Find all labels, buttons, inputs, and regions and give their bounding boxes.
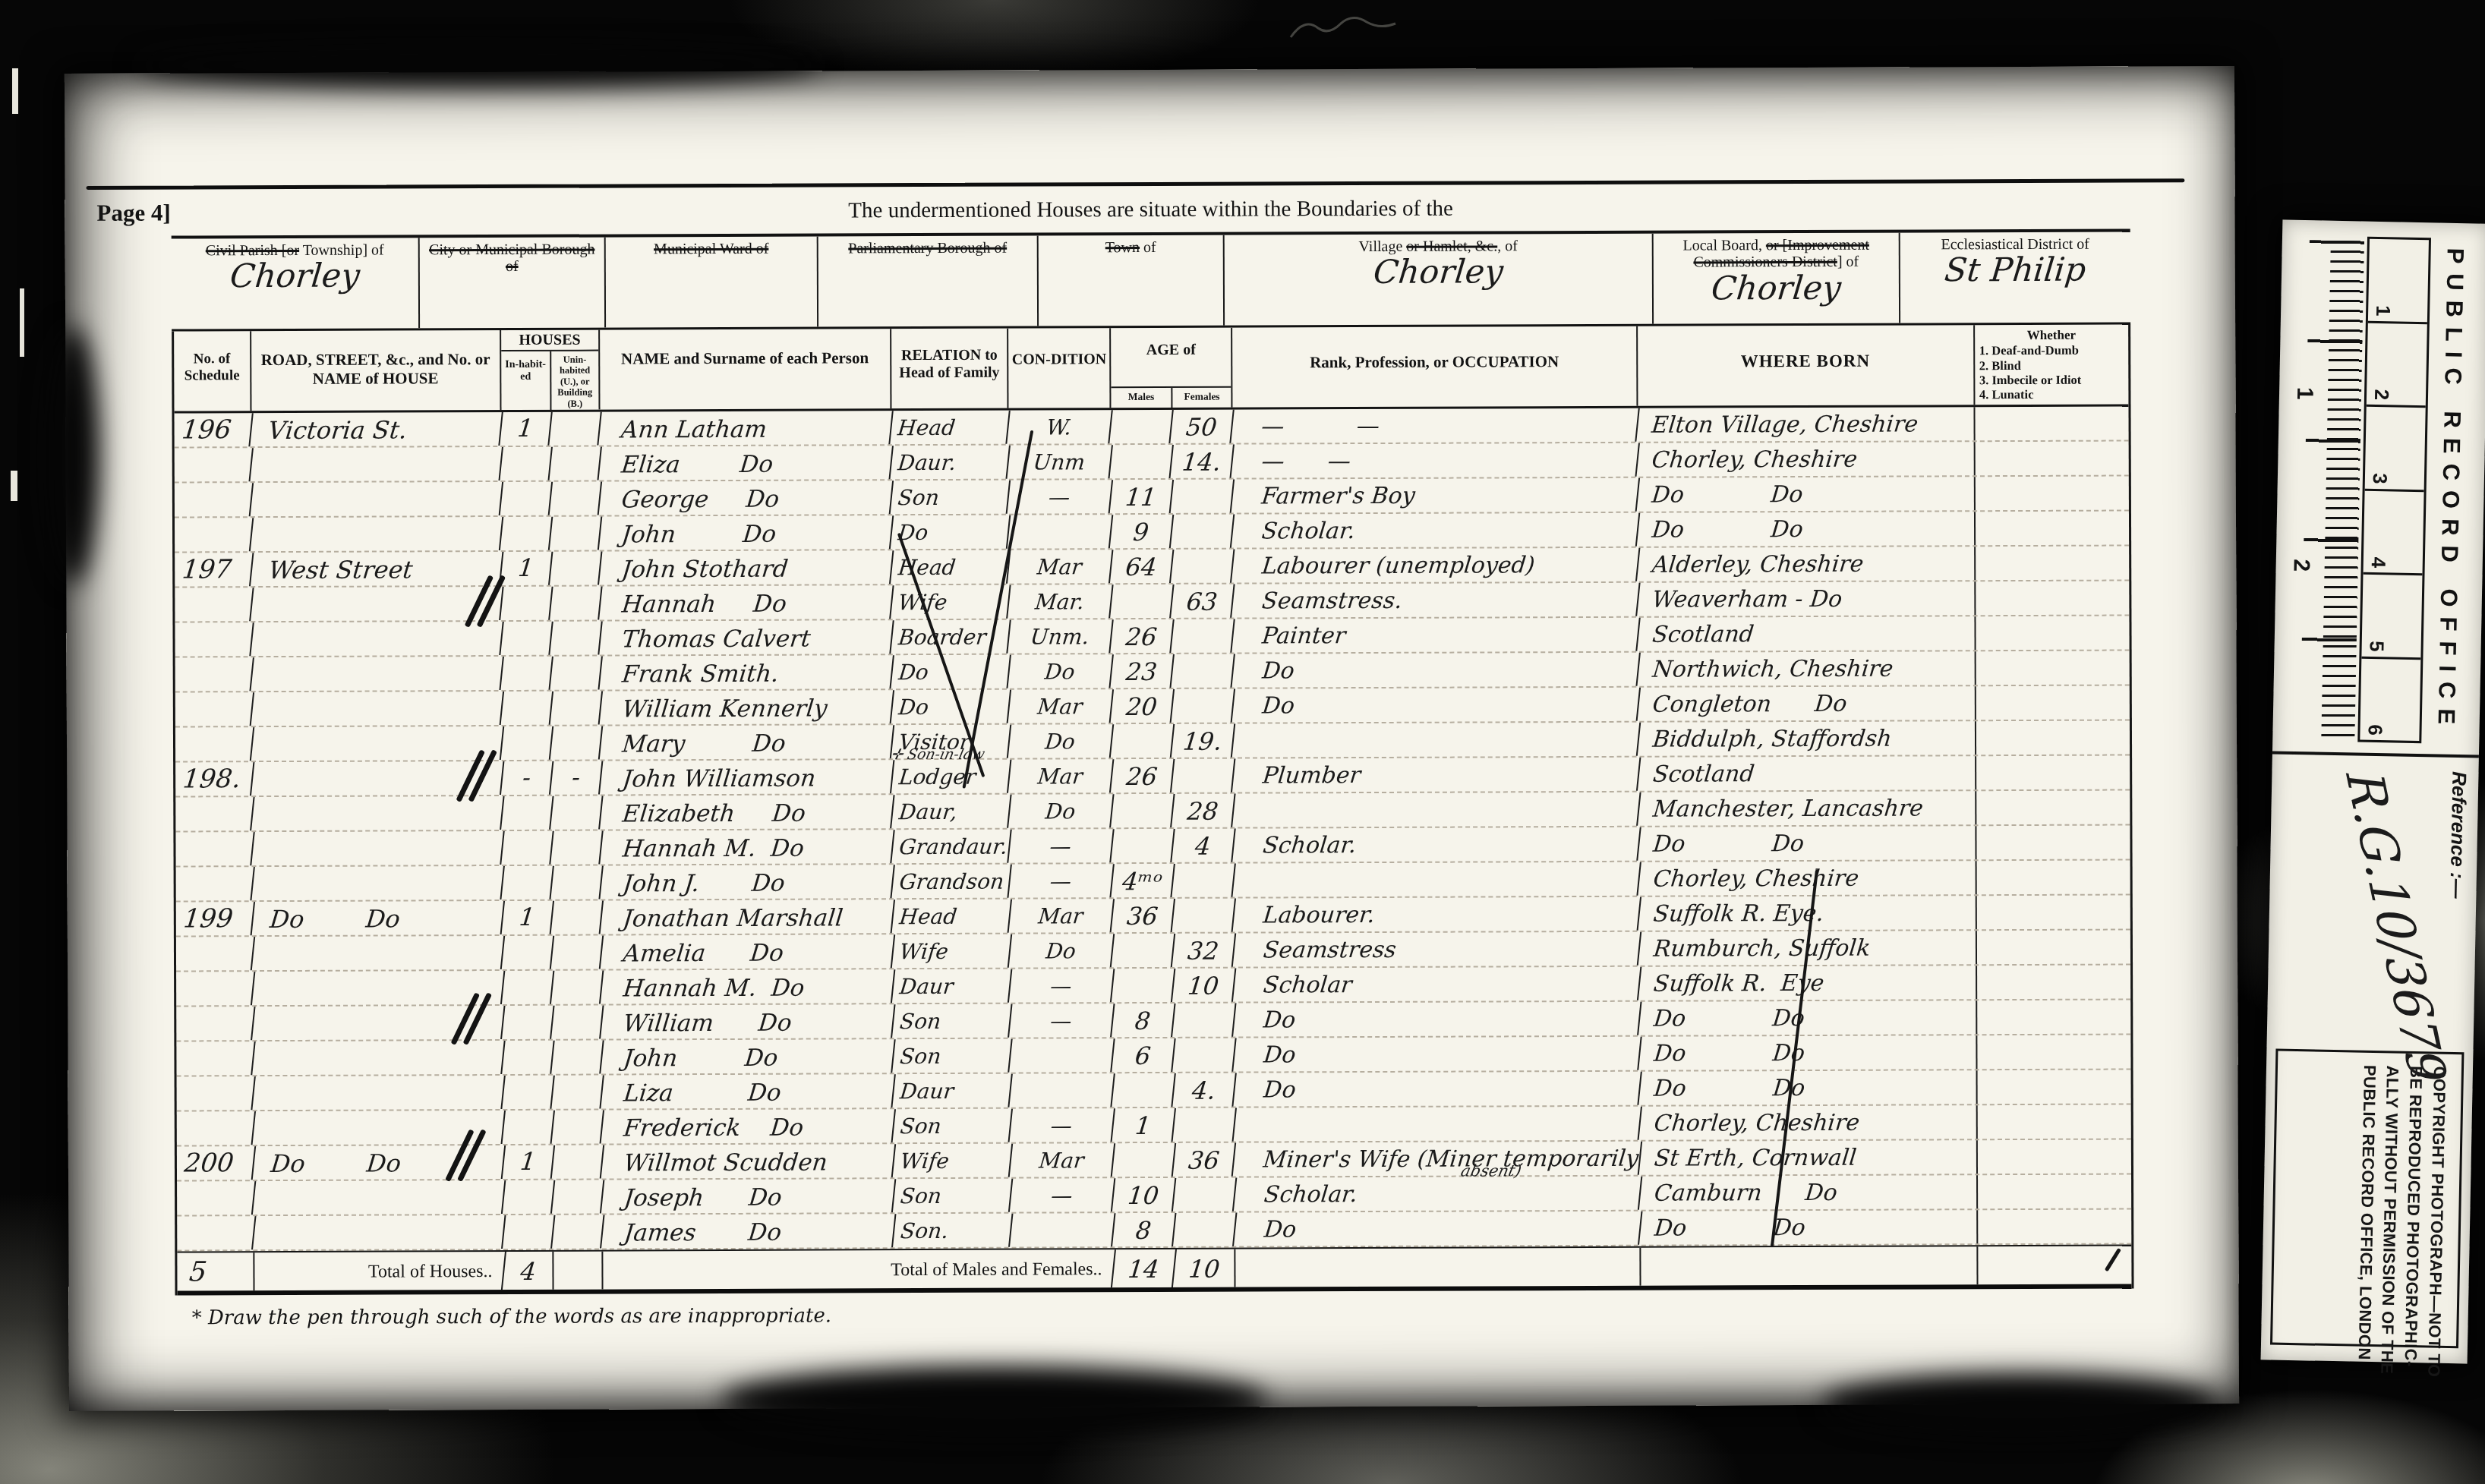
cell-relation: Son bbox=[888, 480, 1009, 515]
cell-condition: — bbox=[1008, 1004, 1114, 1037]
cell-age_f bbox=[1171, 1038, 1235, 1072]
cell-uninhabited bbox=[550, 1145, 602, 1179]
cell-infirm bbox=[1974, 721, 2130, 755]
cell-condition: Mar bbox=[1008, 1143, 1114, 1177]
cell-name: Willmot Scudden bbox=[599, 1144, 894, 1178]
cell-age_m: 26 bbox=[1108, 619, 1172, 653]
header-road: ROAD, STREET, &c., and No. or NAME of HO… bbox=[250, 330, 500, 411]
cell-name: John Williamson bbox=[598, 760, 894, 794]
copyright-line: COPYRIGHT PHOTOGRAPH—NOT TO bbox=[2423, 1066, 2452, 1334]
cell-age_f bbox=[1172, 1213, 1235, 1246]
cell-schedule bbox=[175, 1076, 254, 1110]
inch-mark: 1 bbox=[2291, 387, 2317, 400]
cell-name: John J. Do bbox=[598, 865, 894, 899]
cell-occupation: Labourer. bbox=[1231, 897, 1639, 932]
cell-age_m: 6 bbox=[1110, 1038, 1174, 1072]
cell-schedule: 200 bbox=[175, 1146, 254, 1180]
infirmity-line: 2. Blind bbox=[1979, 358, 2124, 373]
cell-occupation bbox=[1231, 1107, 1640, 1142]
cell-age_f: 63 bbox=[1169, 584, 1233, 618]
reference-value: R.G.10/3679 bbox=[2334, 770, 2446, 1027]
cell-age_f bbox=[1169, 515, 1233, 548]
cell-infirm bbox=[1976, 966, 2131, 1000]
cell-age_m bbox=[1111, 1073, 1175, 1107]
cell-occupation: — — bbox=[1229, 443, 1638, 478]
cell-occupation: Do bbox=[1231, 1037, 1640, 1072]
totals-row: 5 Total of Houses.. 4 Total of Males and… bbox=[177, 1245, 2131, 1296]
film-scratch bbox=[20, 288, 24, 357]
cell-age_m: 4ᵐᵒ bbox=[1110, 864, 1174, 897]
cell-born: Chorley, Cheshire bbox=[1637, 1105, 1977, 1140]
cell-uninhabited bbox=[550, 1006, 602, 1039]
person-row: James DoSon.8DoDo Do bbox=[177, 1210, 2131, 1252]
cell-age_f bbox=[1171, 899, 1235, 932]
cell-relation: Grandson bbox=[890, 865, 1011, 899]
page-number: Page 4] bbox=[97, 200, 171, 227]
cell-inhabited bbox=[500, 866, 552, 900]
cell-born: Suffolk R. Eye. bbox=[1636, 896, 1976, 931]
cell-uninhabited bbox=[550, 1180, 603, 1214]
cell-age_f: 10 bbox=[1171, 969, 1235, 1002]
cell-occupation bbox=[1231, 723, 1639, 758]
cell-relation: Lodger✛ Son-in-law bbox=[890, 760, 1011, 794]
cell-infirm bbox=[1974, 651, 2130, 685]
cell-born: Suffolk R. Eye bbox=[1636, 966, 1976, 1000]
cell-name: William Kennerly bbox=[598, 690, 893, 724]
header-name: NAME and Surname of each Person bbox=[598, 329, 890, 409]
cell-born: Congleton Do bbox=[1635, 686, 1976, 721]
boundary-value: Chorley bbox=[1657, 272, 1896, 305]
cell-inhabited: 1 bbox=[501, 1145, 553, 1179]
cell-condition bbox=[1009, 1213, 1115, 1246]
cell-relation: Son bbox=[891, 1004, 1011, 1038]
cell-schedule bbox=[173, 657, 252, 691]
cell-born: Do Do bbox=[1637, 1035, 1977, 1070]
cell-occupation: Farmer's Boy bbox=[1229, 478, 1638, 513]
cell-name: Frederick Do bbox=[599, 1109, 894, 1143]
header-females: Females bbox=[1171, 388, 1231, 408]
cell-born: Do Do bbox=[1636, 826, 1976, 861]
table-body: 196Victoria St.1Ann LathamHeadW.50— —Elt… bbox=[174, 407, 2131, 1252]
cell-condition: Mar. bbox=[1007, 584, 1112, 618]
cell-occupation: Do bbox=[1231, 1002, 1640, 1037]
cell-occupation: Do bbox=[1230, 653, 1638, 688]
cell-condition: — bbox=[1008, 1108, 1114, 1142]
cell-condition bbox=[1006, 515, 1112, 548]
cell-age_f bbox=[1170, 864, 1234, 897]
cell-road bbox=[248, 482, 502, 516]
cell-uninhabited bbox=[549, 901, 601, 934]
cell-schedule bbox=[174, 727, 253, 761]
boundary-cell: Town of bbox=[1037, 235, 1223, 326]
cell-age_m bbox=[1110, 934, 1174, 967]
cell-occupation: Scholar. bbox=[1230, 513, 1638, 548]
cell-born: Elton Village, Cheshire bbox=[1635, 407, 1975, 442]
header-inhabited: In-habit-ed bbox=[501, 351, 550, 412]
boundary-label: Local Board, or [Improvement Commissione… bbox=[1658, 237, 1894, 272]
cell-age_f bbox=[1169, 619, 1233, 653]
cell-inhabited bbox=[499, 517, 551, 550]
cell-born: Northwich, Cheshire bbox=[1635, 651, 1976, 686]
cell-relation: Son bbox=[891, 1109, 1011, 1143]
scale-cell: 3 bbox=[2365, 405, 2426, 490]
cell-age_m bbox=[1109, 724, 1173, 758]
cell-road: Do Do bbox=[250, 901, 503, 935]
cell-age_m: 64 bbox=[1108, 550, 1172, 583]
total-occ-empty bbox=[1234, 1248, 1639, 1287]
cell-age_f bbox=[1169, 550, 1233, 583]
cell-inhabited bbox=[500, 936, 553, 969]
cell-inhabited bbox=[499, 587, 551, 620]
cell-age_m bbox=[1108, 584, 1172, 618]
cell-born: Biddulph, Staffordsh bbox=[1635, 721, 1976, 756]
header-houses-group: HOUSES In-habit-ed Unin-habited (U.), or… bbox=[500, 330, 598, 410]
cell-occupation: Labourer (unemployed) bbox=[1230, 548, 1638, 583]
cell-age_m bbox=[1109, 829, 1173, 862]
boundary-value bbox=[823, 258, 1033, 259]
cell-age_m: 1 bbox=[1111, 1108, 1175, 1142]
cell-infirm bbox=[1976, 1105, 2131, 1139]
photo-smudge bbox=[1822, 1374, 2217, 1435]
pro-scale-section: PUBLIC RECORD OFFICE 1 2 3 4 5 6 1 2 bbox=[2272, 220, 2485, 755]
cell-born: Alderley, Cheshire bbox=[1635, 547, 1976, 581]
cell-inhabited bbox=[500, 796, 552, 830]
cell-schedule bbox=[175, 1111, 254, 1145]
cell-occupation: — — bbox=[1229, 408, 1638, 443]
cell-road bbox=[249, 517, 503, 551]
cell-road bbox=[251, 1076, 504, 1110]
cell-condition: — bbox=[1008, 969, 1113, 1002]
total-houses-value: 4 bbox=[501, 1252, 554, 1290]
cell-infirm bbox=[1975, 826, 2130, 860]
cell-born: Do Do bbox=[1635, 477, 1975, 512]
cell-occupation bbox=[1231, 792, 1639, 827]
cell-condition: Mar bbox=[1007, 759, 1112, 792]
boundary-value: Chorley bbox=[1228, 256, 1649, 290]
cell-uninhabited bbox=[548, 622, 601, 655]
cell-schedule bbox=[174, 832, 253, 865]
cell-infirm bbox=[1976, 1140, 2131, 1174]
infirmity-line: 4. Lunatic bbox=[1979, 387, 2124, 402]
cell-road: Victoria St. bbox=[248, 412, 502, 446]
header-occupation: Rank, Profession, or OCCUPATION bbox=[1231, 326, 1636, 408]
cell-relation: Head bbox=[890, 900, 1011, 934]
photo-smudge bbox=[46, 326, 99, 584]
cell-condition: Do bbox=[1008, 794, 1113, 827]
cell-age_f: 32 bbox=[1171, 934, 1235, 967]
cell-relation: Do bbox=[889, 690, 1010, 724]
cell-uninhabited bbox=[550, 1076, 602, 1109]
cell-born: Chorley, Cheshire bbox=[1635, 442, 1975, 477]
cell-uninhabited bbox=[548, 552, 601, 585]
top-rule bbox=[86, 178, 2184, 190]
cell-age_m: 8 bbox=[1111, 1213, 1175, 1246]
pencil-scribble bbox=[1283, 11, 1405, 49]
cell-infirm bbox=[1976, 1175, 2132, 1209]
photo-smudge bbox=[137, 46, 820, 85]
cell-age_f bbox=[1169, 654, 1233, 688]
cell-name: Joseph Do bbox=[600, 1179, 895, 1213]
cell-road bbox=[249, 622, 503, 656]
pen-hash-mark bbox=[457, 1127, 487, 1183]
cell-inhabited bbox=[500, 831, 552, 865]
cell-age_m: 8 bbox=[1110, 1004, 1174, 1037]
header-houses: HOUSES bbox=[501, 330, 598, 351]
cell-name: Hannah Do bbox=[598, 585, 893, 619]
cell-uninhabited bbox=[550, 1111, 602, 1144]
cell-infirm bbox=[1976, 1000, 2131, 1035]
boundary-cell: Civil Parish [or Township] ofChorley bbox=[172, 238, 418, 329]
header-schedule: No. of Schedule bbox=[174, 331, 250, 411]
cell-uninhabited bbox=[550, 936, 602, 969]
cell-schedule: 199 bbox=[175, 902, 254, 935]
cell-condition: Mar bbox=[1006, 550, 1112, 583]
cell-inhabited: 1 bbox=[499, 552, 551, 585]
cell-age_f bbox=[1172, 1178, 1235, 1211]
cell-occupation: Scholar. bbox=[1231, 827, 1639, 862]
cell-relation: Head bbox=[888, 411, 1009, 445]
cell-infirm bbox=[1974, 581, 2130, 616]
cell-condition: — bbox=[1008, 1178, 1114, 1211]
boundary-cell: Local Board, or [Improvement Commissione… bbox=[1652, 233, 1899, 324]
cell-age_m: 26 bbox=[1109, 759, 1173, 792]
header-males: Males bbox=[1111, 388, 1171, 408]
cell-occupation: Scholar. bbox=[1232, 1177, 1641, 1211]
cell-schedule: 196 bbox=[172, 413, 251, 446]
cell-age_f: 4. bbox=[1171, 1073, 1235, 1107]
cell-schedule bbox=[175, 1216, 254, 1249]
cell-name: John Stothard bbox=[598, 550, 893, 584]
total-born-empty bbox=[1639, 1246, 1976, 1286]
cell-name: George Do bbox=[597, 480, 892, 515]
cell-relation: Daur bbox=[891, 969, 1011, 1004]
header-age: AGE of bbox=[1111, 328, 1231, 387]
cell-inhabited bbox=[500, 1006, 553, 1039]
cell-condition: Mar bbox=[1008, 899, 1113, 932]
footnote: * Draw the pen through such of the words… bbox=[192, 1304, 831, 1329]
cell-inhabited bbox=[499, 657, 551, 690]
cell-relation: Do bbox=[889, 515, 1010, 550]
cell-born: Scotland bbox=[1635, 756, 1976, 791]
cell-age_m bbox=[1110, 969, 1174, 1002]
cell-born: Do Do bbox=[1635, 512, 1975, 547]
cell-uninhabited bbox=[549, 866, 601, 900]
cell-infirm bbox=[1976, 1070, 2131, 1104]
cell-inhabited: - bbox=[500, 761, 552, 795]
cell-age_f: 4 bbox=[1170, 829, 1234, 862]
cell-age_f bbox=[1172, 1108, 1235, 1142]
cell-condition bbox=[1008, 1038, 1114, 1072]
cell-schedule bbox=[173, 622, 252, 656]
cell-name: Hannah M. Do bbox=[598, 830, 894, 864]
cell-relation: Son bbox=[891, 1179, 1012, 1213]
cell-schedule: 198. bbox=[174, 762, 253, 796]
cell-name: James Do bbox=[600, 1214, 895, 1248]
cell-relation: Son. bbox=[891, 1214, 1012, 1248]
boundary-cell: Parliamentary Borough of bbox=[817, 236, 1037, 327]
cell-schedule bbox=[174, 692, 253, 726]
pen-hash-mark bbox=[476, 573, 506, 629]
cell-born: St Erth, Cornwall bbox=[1637, 1140, 1977, 1175]
cell-uninhabited bbox=[549, 831, 601, 865]
cell-condition: — bbox=[1008, 829, 1113, 862]
cell-schedule: 197 bbox=[173, 553, 252, 586]
cell-name: Hannah M. Do bbox=[599, 969, 894, 1004]
cell-name: Amelia Do bbox=[598, 934, 894, 969]
cell-born: Do Do bbox=[1637, 1000, 1977, 1035]
boundary-value bbox=[610, 259, 812, 260]
cell-schedule bbox=[173, 518, 252, 551]
cell-inhabited bbox=[500, 971, 553, 1004]
cell-infirm bbox=[1976, 1035, 2131, 1070]
cell-schedule bbox=[174, 867, 253, 900]
pro-reference-strip: PUBLIC RECORD OFFICE 1 2 3 4 5 6 1 2 Ref… bbox=[2261, 220, 2485, 1364]
scale-ruler-boxes: 1 2 3 4 5 6 bbox=[2357, 237, 2431, 743]
cell-age_f bbox=[1171, 1004, 1235, 1037]
cell-schedule bbox=[173, 588, 252, 621]
cell-born: Weaverham - Do bbox=[1635, 581, 1976, 616]
cell-occupation: Plumber bbox=[1231, 758, 1639, 792]
cell-occupation: Scholar bbox=[1231, 967, 1640, 1002]
pro-title: PUBLIC RECORD OFFICE bbox=[2421, 238, 2480, 744]
pen-hash-mark bbox=[468, 748, 498, 804]
total-houses-label: Total of Houses.. bbox=[253, 1252, 503, 1290]
cell-infirm bbox=[1973, 477, 2129, 511]
cell-schedule bbox=[175, 1007, 254, 1040]
cell-age_f: 14. bbox=[1168, 445, 1232, 478]
cell-road bbox=[248, 447, 502, 481]
cell-age_m: 10 bbox=[1111, 1178, 1175, 1211]
cell-inhabited bbox=[501, 1180, 553, 1214]
cell-name: Eliza Do bbox=[597, 446, 892, 480]
cell-born: Scotland bbox=[1635, 616, 1976, 651]
page-heading: The undermentioned Houses are situate wi… bbox=[172, 194, 2130, 225]
cell-inhabited bbox=[501, 1215, 553, 1249]
infirmity-line: 1. Deaf-and-Dumb bbox=[1979, 343, 2124, 358]
cell-condition: W. bbox=[1006, 410, 1112, 443]
cell-uninhabited bbox=[548, 657, 601, 690]
cell-name: Thomas Calvert bbox=[598, 620, 893, 654]
cell-infirm bbox=[1975, 861, 2130, 895]
cell-relation: Daur bbox=[891, 1074, 1011, 1108]
boundary-cell: Ecclesiastical District ofSt Philip bbox=[1899, 232, 2130, 323]
cell-name: Mary Do bbox=[598, 725, 893, 759]
boundary-cell: City or Municipal Borough of bbox=[418, 238, 604, 329]
cell-name: Frank Smith. bbox=[598, 655, 893, 689]
cell-age_f: 36 bbox=[1171, 1143, 1235, 1177]
cell-uninhabited bbox=[548, 482, 601, 515]
header-age-group: AGE of Males Females bbox=[1109, 328, 1231, 408]
table-header-row: No. of Schedule ROAD, STREET, &c., and N… bbox=[174, 325, 2128, 414]
scale-cell: 5 bbox=[2361, 572, 2422, 657]
scale-ruler-ticks: 1 2 bbox=[2285, 235, 2364, 742]
cell-age_f bbox=[1169, 480, 1233, 513]
cell-relation: Wife bbox=[891, 934, 1011, 969]
cell-occupation: Miner's Wife (Miner temporarilyabsent) bbox=[1231, 1142, 1641, 1177]
cell-infirm bbox=[1973, 407, 2129, 441]
total-schedules: 5 bbox=[175, 1252, 255, 1290]
cell-born: Do Do bbox=[1637, 1070, 1977, 1105]
cell-age_m bbox=[1110, 1143, 1174, 1177]
cell-age_f bbox=[1170, 689, 1234, 723]
cell-age_m bbox=[1109, 794, 1173, 827]
cell-age_f bbox=[1170, 759, 1234, 792]
cell-occupation: Seamstress. bbox=[1230, 583, 1638, 618]
film-scratch bbox=[11, 471, 17, 501]
cell-inhabited bbox=[500, 726, 552, 760]
cell-uninhabited bbox=[547, 447, 600, 480]
pro-reference-section: Reference :— R.G.10/3679 bbox=[2267, 751, 2479, 1043]
cell-condition: Do bbox=[1007, 654, 1112, 688]
cell-inhabited: 1 bbox=[500, 901, 553, 934]
boundary-value bbox=[1043, 257, 1219, 258]
cell-road bbox=[251, 1215, 505, 1249]
cell-born: Do Do bbox=[1638, 1210, 1978, 1245]
boundary-label: City or Municipal Borough of bbox=[424, 241, 600, 276]
cell-name: Ann Latham bbox=[597, 411, 892, 445]
cell-condition: — bbox=[1008, 864, 1113, 897]
boundaries-band: Civil Parish [or Township] ofChorleyCity… bbox=[172, 228, 2130, 331]
boundary-label: Municipal Ward of bbox=[610, 241, 812, 258]
cell-uninhabited bbox=[548, 692, 601, 725]
cell-inhabited bbox=[500, 1076, 553, 1109]
header-relation: RELATION to Head of Family bbox=[890, 329, 1008, 409]
infirmity-line: 3. Imbecile or Idiot bbox=[1979, 373, 2124, 388]
cell-age_m: 20 bbox=[1109, 689, 1173, 723]
cell-inhabited bbox=[500, 692, 552, 725]
cell-born: Camburn Do bbox=[1637, 1175, 1977, 1210]
cell-name: Liza Do bbox=[599, 1074, 894, 1108]
total-males: 14 bbox=[1111, 1249, 1175, 1287]
cell-name: John Do bbox=[599, 1039, 894, 1073]
cell-schedule bbox=[175, 937, 254, 970]
film-scratch bbox=[12, 68, 18, 114]
cell-infirm bbox=[1975, 756, 2130, 790]
cell-occupation: Do bbox=[1231, 1072, 1640, 1107]
cell-age_f: 19. bbox=[1170, 724, 1234, 758]
cell-road: West Street bbox=[249, 552, 503, 586]
boundary-cell: Municipal Ward of bbox=[604, 237, 817, 328]
pen-hash-mark bbox=[462, 991, 493, 1047]
cell-road bbox=[249, 692, 503, 726]
cell-road bbox=[250, 831, 503, 865]
cell-relation: Wife bbox=[891, 1144, 1011, 1178]
cell-inhabited bbox=[499, 447, 551, 480]
cell-infirm bbox=[1976, 1210, 2132, 1244]
cell-condition: Unm. bbox=[1007, 619, 1112, 653]
scale-cell: 1 bbox=[2368, 239, 2429, 322]
cell-uninhabited bbox=[549, 796, 601, 830]
cell-schedule bbox=[173, 483, 252, 516]
cell-occupation: Seamstress bbox=[1231, 932, 1640, 967]
cell-road bbox=[249, 657, 503, 691]
scale-cell: 4 bbox=[2364, 488, 2424, 573]
cell-road bbox=[250, 796, 503, 830]
cell-age_m: 11 bbox=[1108, 480, 1172, 513]
boundary-label: Town of bbox=[1043, 239, 1219, 257]
cell-infirm bbox=[1974, 547, 2130, 581]
cell-occupation: Painter bbox=[1230, 618, 1638, 653]
cell-age_m bbox=[1108, 445, 1172, 478]
boundary-cell: Village or Hamlet, &c., ofChorley bbox=[1223, 234, 1652, 326]
cell-schedule bbox=[174, 797, 253, 830]
cell-relation: Son bbox=[891, 1039, 1011, 1073]
cell-age_m: 9 bbox=[1108, 515, 1172, 548]
cell-road bbox=[250, 726, 503, 761]
header-infirmity: Whether 1. Deaf-and-Dumb 2. Blind 3. Imb… bbox=[1973, 325, 2129, 405]
photo-smudge bbox=[721, 1366, 1268, 1435]
cell-road bbox=[251, 1180, 505, 1215]
